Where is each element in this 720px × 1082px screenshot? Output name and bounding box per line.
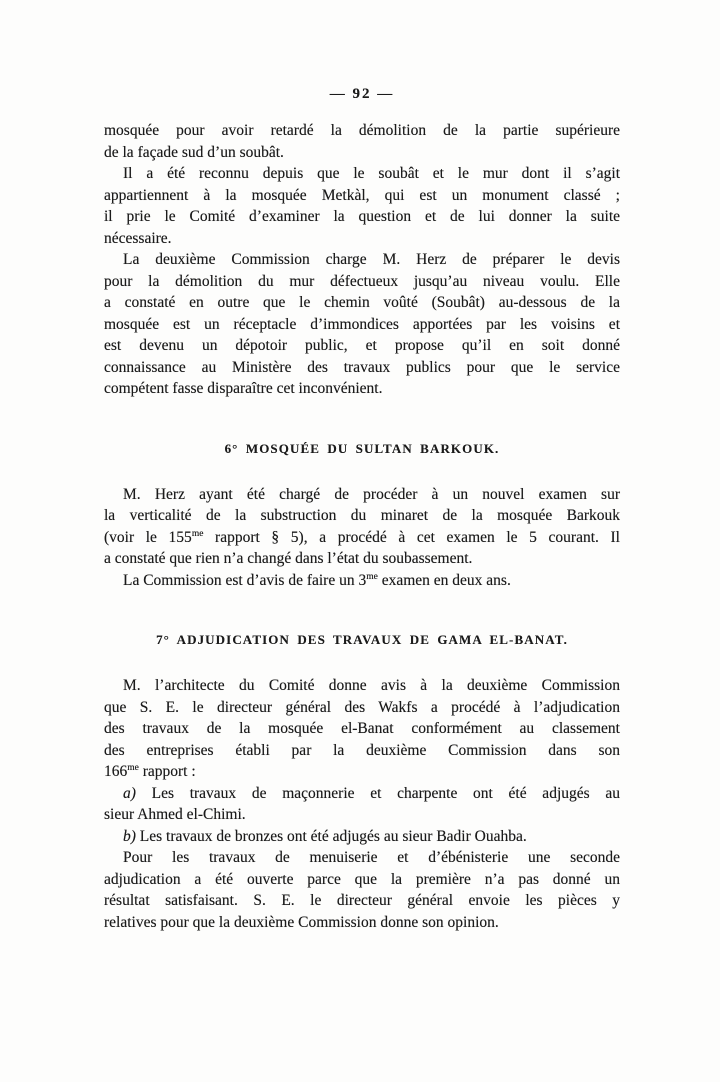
text-line: il prie le Comité d’examiner la question… — [104, 206, 620, 228]
text-line: (voir le 155me rapport § 5), a procédé à… — [104, 527, 620, 549]
text-line: la verticalité de la substruction du min… — [104, 505, 620, 527]
page-number: — 92 — — [104, 86, 620, 103]
item-label: a) — [123, 785, 136, 802]
text-segment: La Commission est d’avis de faire un 3 — [123, 572, 366, 589]
list-item-a: a) Les travaux de maçonnerie et charpent… — [104, 783, 620, 826]
text-segment: Les travaux de maçonnerie et charpente o… — [152, 785, 620, 802]
text-line: Pour les travaux de menuiserie et d’ébén… — [104, 847, 620, 869]
paragraph: M. l’architecte du Comité donne avis à l… — [104, 675, 620, 783]
text-line: b) Les travaux de bronzes ont été adjugé… — [104, 826, 620, 848]
text-line: a constaté que rien n’a changé dans l’ét… — [104, 548, 620, 570]
superscript: me — [192, 528, 204, 538]
scanned-document-page: — 92 — mosquée pour avoir retardé la dém… — [0, 0, 720, 1082]
paragraph: La Commission est d’avis de faire un 3me… — [104, 570, 620, 592]
text-line: sieur Ahmed el-Chimi. — [104, 804, 620, 826]
item-label: b) — [123, 828, 136, 845]
text-line: relatives pour que la deuxième Commissio… — [104, 912, 620, 934]
text-line: La Commission est d’avis de faire un 3me… — [104, 570, 620, 592]
text-line: est devenu un dépotoir public, et propos… — [104, 335, 620, 357]
text-line: de la façade sud d’un soubât. — [104, 142, 620, 164]
text-line: des entreprises établi par la deuxième C… — [104, 740, 620, 762]
superscript: me — [127, 763, 139, 773]
list-item-b: b) Les travaux de bronzes ont été adjugé… — [104, 826, 620, 848]
text-line: nécessaire. — [104, 228, 620, 250]
text-line: pour la démolition du mur défectueux jus… — [104, 271, 620, 293]
text-line: M. l’architecte du Comité donne avis à l… — [104, 675, 620, 697]
text-line: que S. E. le directeur général des Wakfs… — [104, 697, 620, 719]
text-line: a) Les travaux de maçonnerie et charpent… — [104, 783, 620, 805]
section-heading-7: 7° ADJUDICATION DES TRAVAUX DE GAMA EL-B… — [104, 631, 620, 649]
text-line: Il a été reconnu depuis que le soubât et… — [104, 163, 620, 185]
text-column: mosquée pour avoir retardé la démolition… — [104, 120, 620, 933]
text-segment: Les travaux de bronzes ont été adjugés a… — [140, 828, 527, 845]
text-line: des travaux de la mosquée el-Banat confo… — [104, 718, 620, 740]
text-line: La deuxième Commission charge M. Herz de… — [104, 249, 620, 271]
text-segment: (voir le 155 — [104, 529, 192, 546]
text-line: appartiennent à la mosquée Metkàl, qui e… — [104, 185, 620, 207]
paragraph: mosquée pour avoir retardé la démolition… — [104, 120, 620, 163]
text-line: 166me rapport : — [104, 761, 620, 783]
text-line: résultat satisfaisant. S. E. le directeu… — [104, 890, 620, 912]
paragraph: Pour les travaux de menuiserie et d’ébén… — [104, 847, 620, 933]
text-segment: rapport : — [139, 763, 196, 780]
superscript: me — [366, 571, 378, 581]
text-line: mosquée est un réceptacle d’immondices a… — [104, 314, 620, 336]
text-line: M. Herz ayant été chargé de procéder à u… — [104, 484, 620, 506]
text-segment: 166 — [104, 763, 127, 780]
paragraph: Il a été reconnu depuis que le soubât et… — [104, 163, 620, 249]
text-line: a constaté en outre que le chemin voûté … — [104, 292, 620, 314]
text-line: connaissance au Ministère des travaux pu… — [104, 357, 620, 379]
section-heading-6: 6° MOSQUÉE DU SULTAN BARKOUK. — [104, 440, 620, 458]
paragraph: La deuxième Commission charge M. Herz de… — [104, 249, 620, 400]
text-line: mosquée pour avoir retardé la démolition… — [104, 120, 620, 142]
text-line: compétent fasse disparaître cet inconvén… — [104, 378, 620, 400]
text-segment: rapport § 5), a procédé à cet examen le … — [203, 529, 620, 546]
text-segment: examen en deux ans. — [378, 572, 511, 589]
paragraph: M. Herz ayant été chargé de procéder à u… — [104, 484, 620, 570]
text-line: adjudication a été ouverte parce que la … — [104, 869, 620, 891]
